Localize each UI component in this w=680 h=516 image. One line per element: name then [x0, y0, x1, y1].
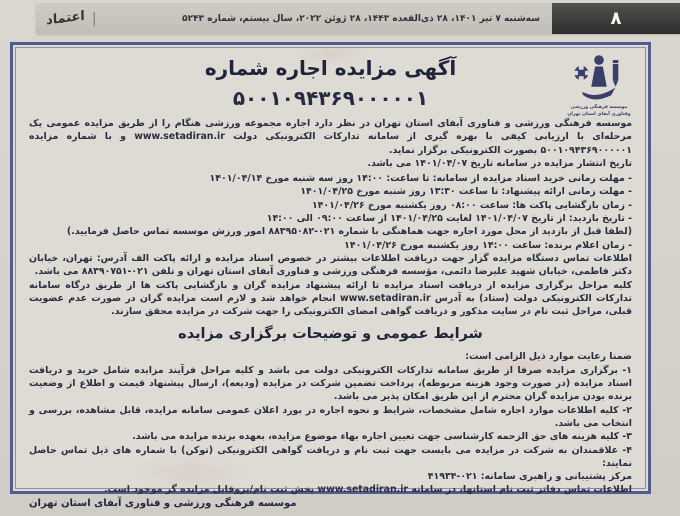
visit-coordination-note: (لطفا قبل از بازدید از محل مورد اجاره جه…	[29, 225, 632, 238]
auction-ad-frame: موسسه فرهنگی ورزشی وفناوری آبفای استان ت…	[10, 42, 651, 494]
condition-item-3: ۳- کلیه هزینه های حق الزحمه کارشناسی جهت…	[29, 430, 632, 443]
contact-paragraph: اطلاعات تماس دستگاه مزایده گزار جهت دریا…	[29, 252, 632, 279]
intro-paragraph: موسسه فرهنگی ورزشی و فناوری آبفای استان …	[29, 117, 632, 157]
institute-logo: موسسه فرهنگی ورزشی وفناوری آبفای استان ت…	[566, 54, 632, 117]
page-number: ۸	[611, 8, 622, 29]
schedule-item-documents-deadline: - مهلت زمانی خرید اسناد مزایده از سامانه…	[29, 172, 632, 185]
newspaper-logo: اعتماد	[46, 9, 85, 29]
institute-logo-icon	[571, 54, 627, 104]
masthead-logo-area: | اعتماد	[36, 3, 104, 34]
institute-logo-caption-line1: موسسه فرهنگی ورزشی	[566, 105, 632, 111]
institute-logo-caption-line2: وفناوری آبفای استان تهران	[566, 112, 632, 118]
registration-offices-line: اطلاعات تماس دفاتر ثبت نام استانها، در س…	[29, 483, 632, 496]
schedule-item-envelope-opening: - زمان بازگشایی پاکت ها: ساعت ۰۸:۰۰ روز …	[29, 199, 632, 212]
auction-number: ۵۰۰۱۰۹۴۳۶۹۰۰۰۰۰۱	[29, 85, 632, 111]
condition-item-4: ۴- علاقمندان به شرکت در مزایده می بایست …	[29, 444, 632, 471]
schedule-item-offer-deadline: - مهلت زمانی ارائه پیشنهاد: تا ساعت ۱۳:۳…	[29, 185, 632, 198]
publish-date-line: تاریخ انتشار مزایده در سامانه تاریخ ۱۴۰۱…	[29, 157, 632, 170]
condition-item-2: ۲- کلیه اطلاعات موارد اجاره شامل مشخصات،…	[29, 404, 632, 431]
conditions-heading: شرایط عمومی و توضیحات برگزاری مزایده	[29, 326, 632, 343]
ad-body: موسسه فرهنگی ورزشی و فناوری آبفای استان …	[29, 117, 632, 510]
page-number-box: ۸	[552, 3, 680, 34]
support-center-line: مرکز پشتیبانی و راهبری سامانه: ۰۲۱-۴۱۹۳۴	[29, 470, 632, 483]
winner-announcement-line: - زمان اعلام برنده: ساعت ۱۴:۰۰ روز یکشنب…	[29, 239, 632, 252]
newspaper-page: { "masthead": { "newspaper_name": "اعتما…	[0, 0, 680, 516]
schedule-item-visit-dates: - تاریخ بازدید: از تاریخ ۱۴۰۱/۰۴/۰۷ لغای…	[29, 212, 632, 225]
masthead-dateline: سه‌شنبه ۷ تیر ۱۴۰۱، ۲۸ ذی‌القعده ۱۴۴۳، ۲…	[104, 3, 552, 34]
ad-header: موسسه فرهنگی ورزشی وفناوری آبفای استان ت…	[29, 56, 632, 111]
schedule-list: - مهلت زمانی خرید اسناد مزایده از سامانه…	[29, 172, 632, 252]
signature-line: موسسه فرهنگی ورزشی و فناوری آبفای استان …	[29, 497, 632, 510]
conditions-intro: ضمنا رعایت موارد ذیل الزامی است:	[29, 350, 632, 363]
masthead-divider: |	[92, 11, 97, 27]
ad-title: آگهی مزایده اجاره شماره	[29, 56, 632, 81]
masthead-bar: ۸ سه‌شنبه ۷ تیر ۱۴۰۱، ۲۸ ذی‌القعده ۱۴۴۳،…	[36, 3, 680, 34]
condition-item-1: ۱- برگزاری مزایده صرفا از طریق سامانه تد…	[29, 364, 632, 404]
process-paragraph: کلیه مراحل برگزاری مزایده از دریافت اسنا…	[29, 279, 632, 319]
